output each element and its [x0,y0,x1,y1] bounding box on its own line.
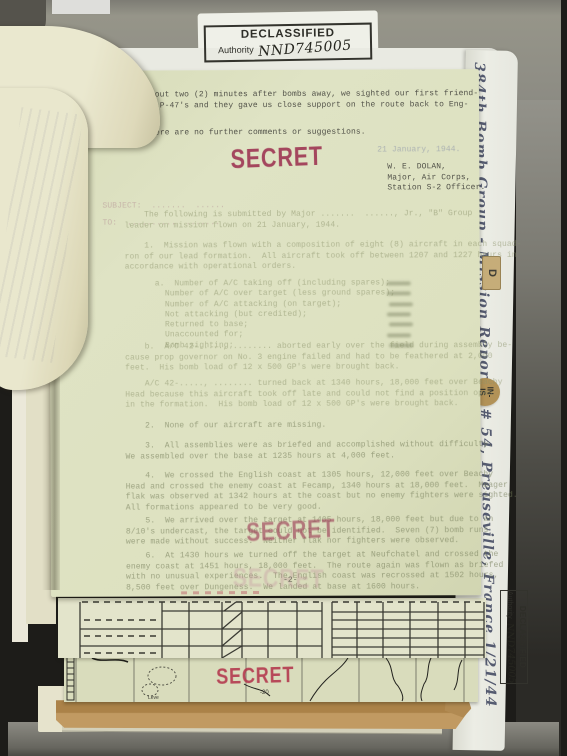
authority-number-top: NND745005 [258,39,352,59]
secret-stamp-1: SECRET [230,141,323,175]
report-page: 7. About two (2) minutes after bombs awa… [49,69,481,597]
faded-number-smudge [387,333,411,337]
faded-number-smudge [389,322,413,326]
faded-list-block: a. Number of A/C taking off (including s… [155,278,396,351]
faded-paragraph-7: 4. We crossed the English coast at 1305 … [126,470,518,514]
map-elevation-mark: -20 [260,690,269,696]
authority-label-bottom: Authority [506,591,513,619]
form-grid-lines [58,598,486,658]
faint-date-line: 21 January, 1944. [377,145,460,156]
paper-scrap-top-left [52,0,110,14]
secret-stamp-map: SECRET [216,662,295,690]
authority-label-top: Authority [218,45,254,56]
faded-paragraph-1: The following is submitted by Major ....… [124,209,472,232]
declassified-text-bottom: DECLASSIFIED [517,591,527,683]
kraft-tape-strip [56,699,468,729]
faded-number-smudge [387,281,411,285]
faded-paragraph-3: b. A/C 42-....., ........ aborted early … [125,341,512,374]
secret-stamp-bleedthrough: SECRET [233,562,325,595]
secret-stamp-2: SECRET [246,513,336,548]
faded-number-smudge [389,302,413,306]
form-grid-sheet [58,598,486,658]
red-dash-bleedthrough [181,591,261,594]
faded-paragraph-4: A/C 42-....., ........ turned back at 13… [125,378,503,411]
declassified-stamp-top: DECLASSIFIED Authority NND745005 [204,23,373,63]
faded-number-smudge [387,312,411,316]
authority-number-bottom: NND745005 [505,623,516,684]
page-number: -2- [283,576,297,585]
signature-block: W. E. DOLAN, Major, Air Corps, Station S… [387,162,485,194]
faded-paragraph-2: 1. Mission was flown with a composition … [125,240,522,274]
map-place-label: Leve [148,695,159,701]
faded-number-smudge [387,291,411,295]
declassified-stamp-bottom: DECLASSIFIED Authority NND745005 [498,590,528,686]
map-sheet-strip: Leve -20 SECRET [64,654,478,702]
faded-paragraph-5: 2. None of our aircraft are missing. [125,421,326,432]
photographed-document-scene: 384th Bomb Group - Mission Reports, # 54… [0,0,567,756]
faded-paragraph-6: 3. All assemblies were as briefed and ac… [125,440,493,463]
